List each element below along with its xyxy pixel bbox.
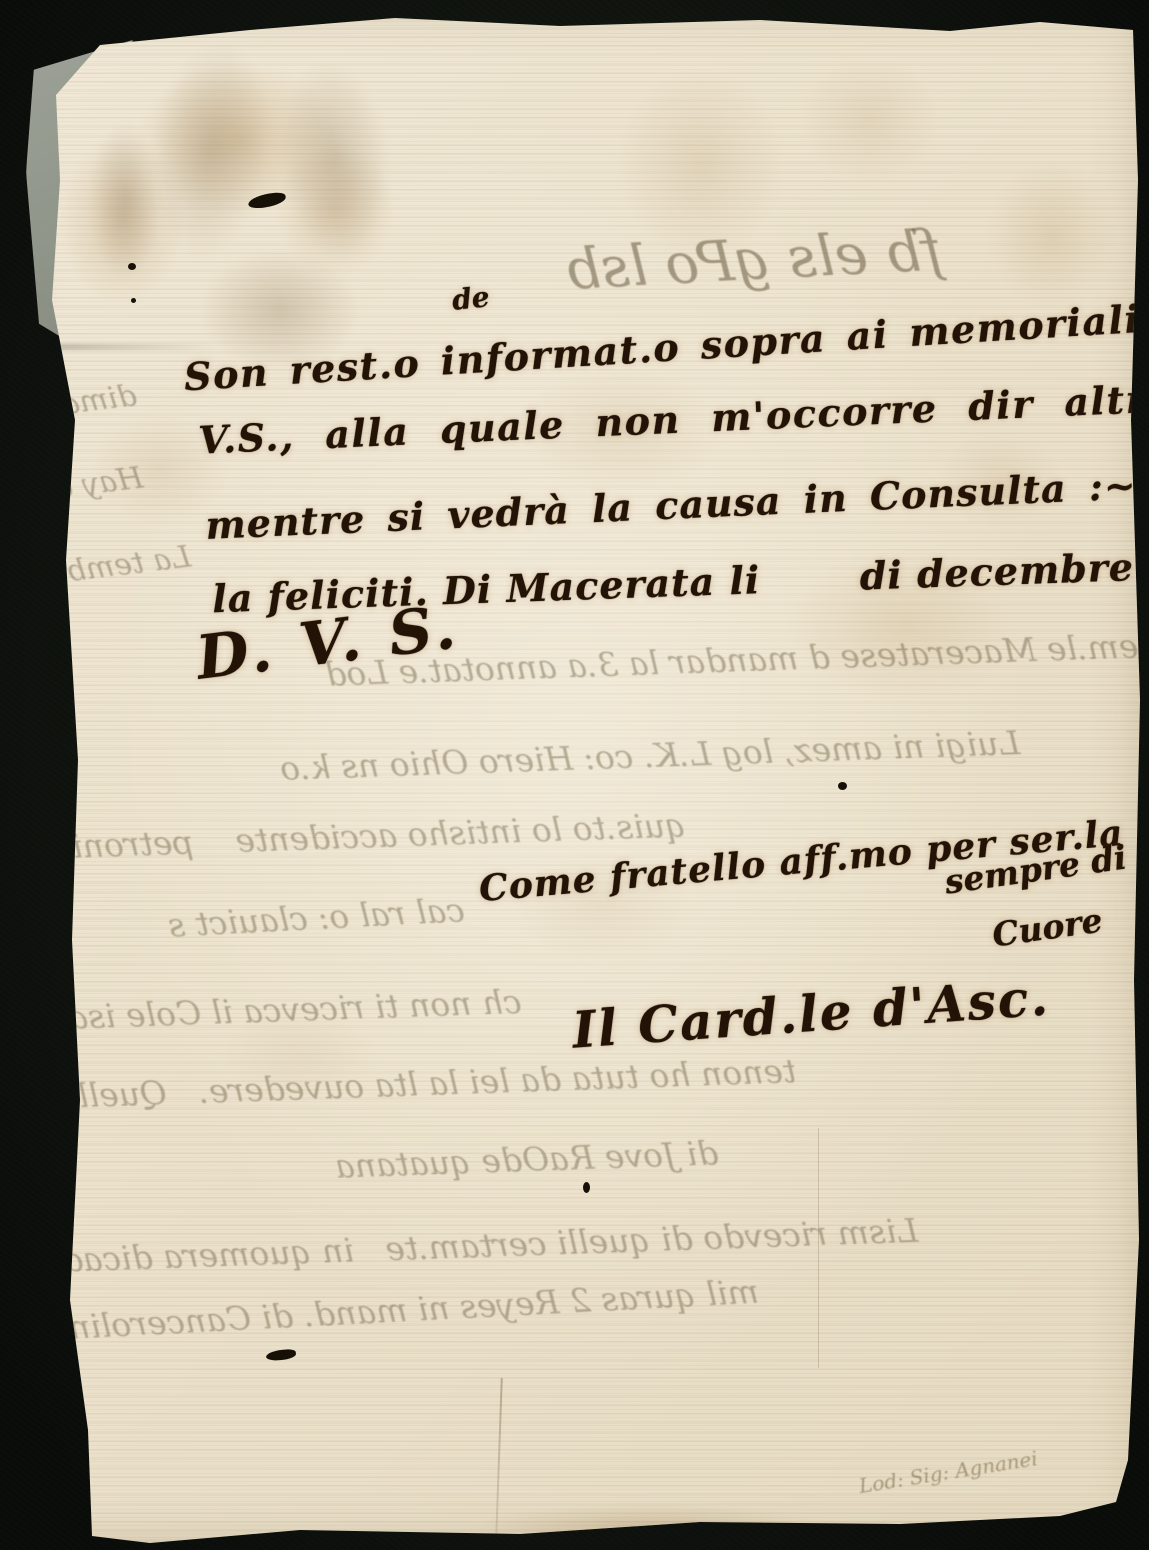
ink-blot bbox=[247, 191, 287, 210]
photograph-background: fb els gPo lsb dimat.o Hay è st La temba… bbox=[0, 0, 1149, 1550]
bleedthrough-line: Hay è st bbox=[16, 460, 145, 510]
valediction-initials: D. V. S. bbox=[193, 592, 463, 694]
ink-smudge bbox=[200, 250, 360, 370]
letter-line: Son rest.o informat.o sopra ai memoriali… bbox=[183, 282, 1149, 400]
bleedthrough-line: dimat.o bbox=[20, 378, 138, 427]
ink-smudge bbox=[90, 120, 160, 280]
paper-crease bbox=[818, 1128, 819, 1368]
ink-blot bbox=[128, 263, 136, 270]
bleedthrough-line: ch non ti ricevca il Cole isaj bbox=[57, 982, 522, 1037]
bleedthrough-line: di Jove RaOde quatana bbox=[334, 1133, 718, 1185]
letter-line: V.S., alla quale non m'occorre dir altro… bbox=[197, 374, 1149, 462]
superscript-abbreviation: de bbox=[450, 280, 491, 317]
bleedthrough-line: fb els gPo lsb bbox=[564, 218, 944, 303]
letter-sheet: fb els gPo lsb dimat.o Hay è st La temba… bbox=[0, 0, 1149, 1550]
bleedthrough-line: tenon ho tuta da lei la lta ouvedere. Qu… bbox=[58, 1051, 797, 1116]
ink-blot bbox=[583, 1182, 590, 1193]
bleedthrough-line: cal ral o: clauict s bbox=[167, 890, 465, 944]
letter-line: mentre si vedrà la causa in Consulta :~ … bbox=[205, 453, 1149, 548]
paper-smear bbox=[8, 344, 213, 350]
bleedthrough-line: Luigi ni amez, log L.K. co: Hiero Ohio n… bbox=[280, 723, 1021, 788]
ink-blot bbox=[266, 1348, 297, 1361]
bleedthrough-line: mem.le Maceratese d mandar la 3.a annota… bbox=[325, 625, 1149, 693]
bleedthrough-line: mil quras 2 Reyes ni mand. di Cancerolin… bbox=[57, 1272, 759, 1348]
bleedthrough-line: Lism ricevdo di quelli certam.te in quom… bbox=[42, 1211, 919, 1281]
ink-smudge bbox=[135, 33, 284, 268]
paper-crease bbox=[495, 1378, 503, 1538]
ink-smudge bbox=[270, 55, 400, 265]
ink-blot bbox=[838, 782, 847, 790]
closing-formula: Come fratello aff.mo per ser.la bbox=[477, 812, 1125, 910]
bleedthrough-line: La tembaca bbox=[13, 539, 193, 595]
bleedthrough-line: quis.to lo intisho accidente petroni bbox=[72, 805, 687, 865]
letter-line: la feliciti. Di Macerata li di decembre … bbox=[212, 540, 1149, 621]
closing-formula: sempre di bbox=[942, 837, 1129, 901]
archival-note: Lod: Sig: Agnanei bbox=[857, 1446, 1039, 1498]
paper-hole bbox=[1112, 1512, 1128, 1526]
signature: Il Card.le d'Asc. bbox=[571, 967, 1052, 1059]
closing-formula: Cuore bbox=[990, 900, 1105, 954]
ink-blot bbox=[131, 298, 136, 303]
